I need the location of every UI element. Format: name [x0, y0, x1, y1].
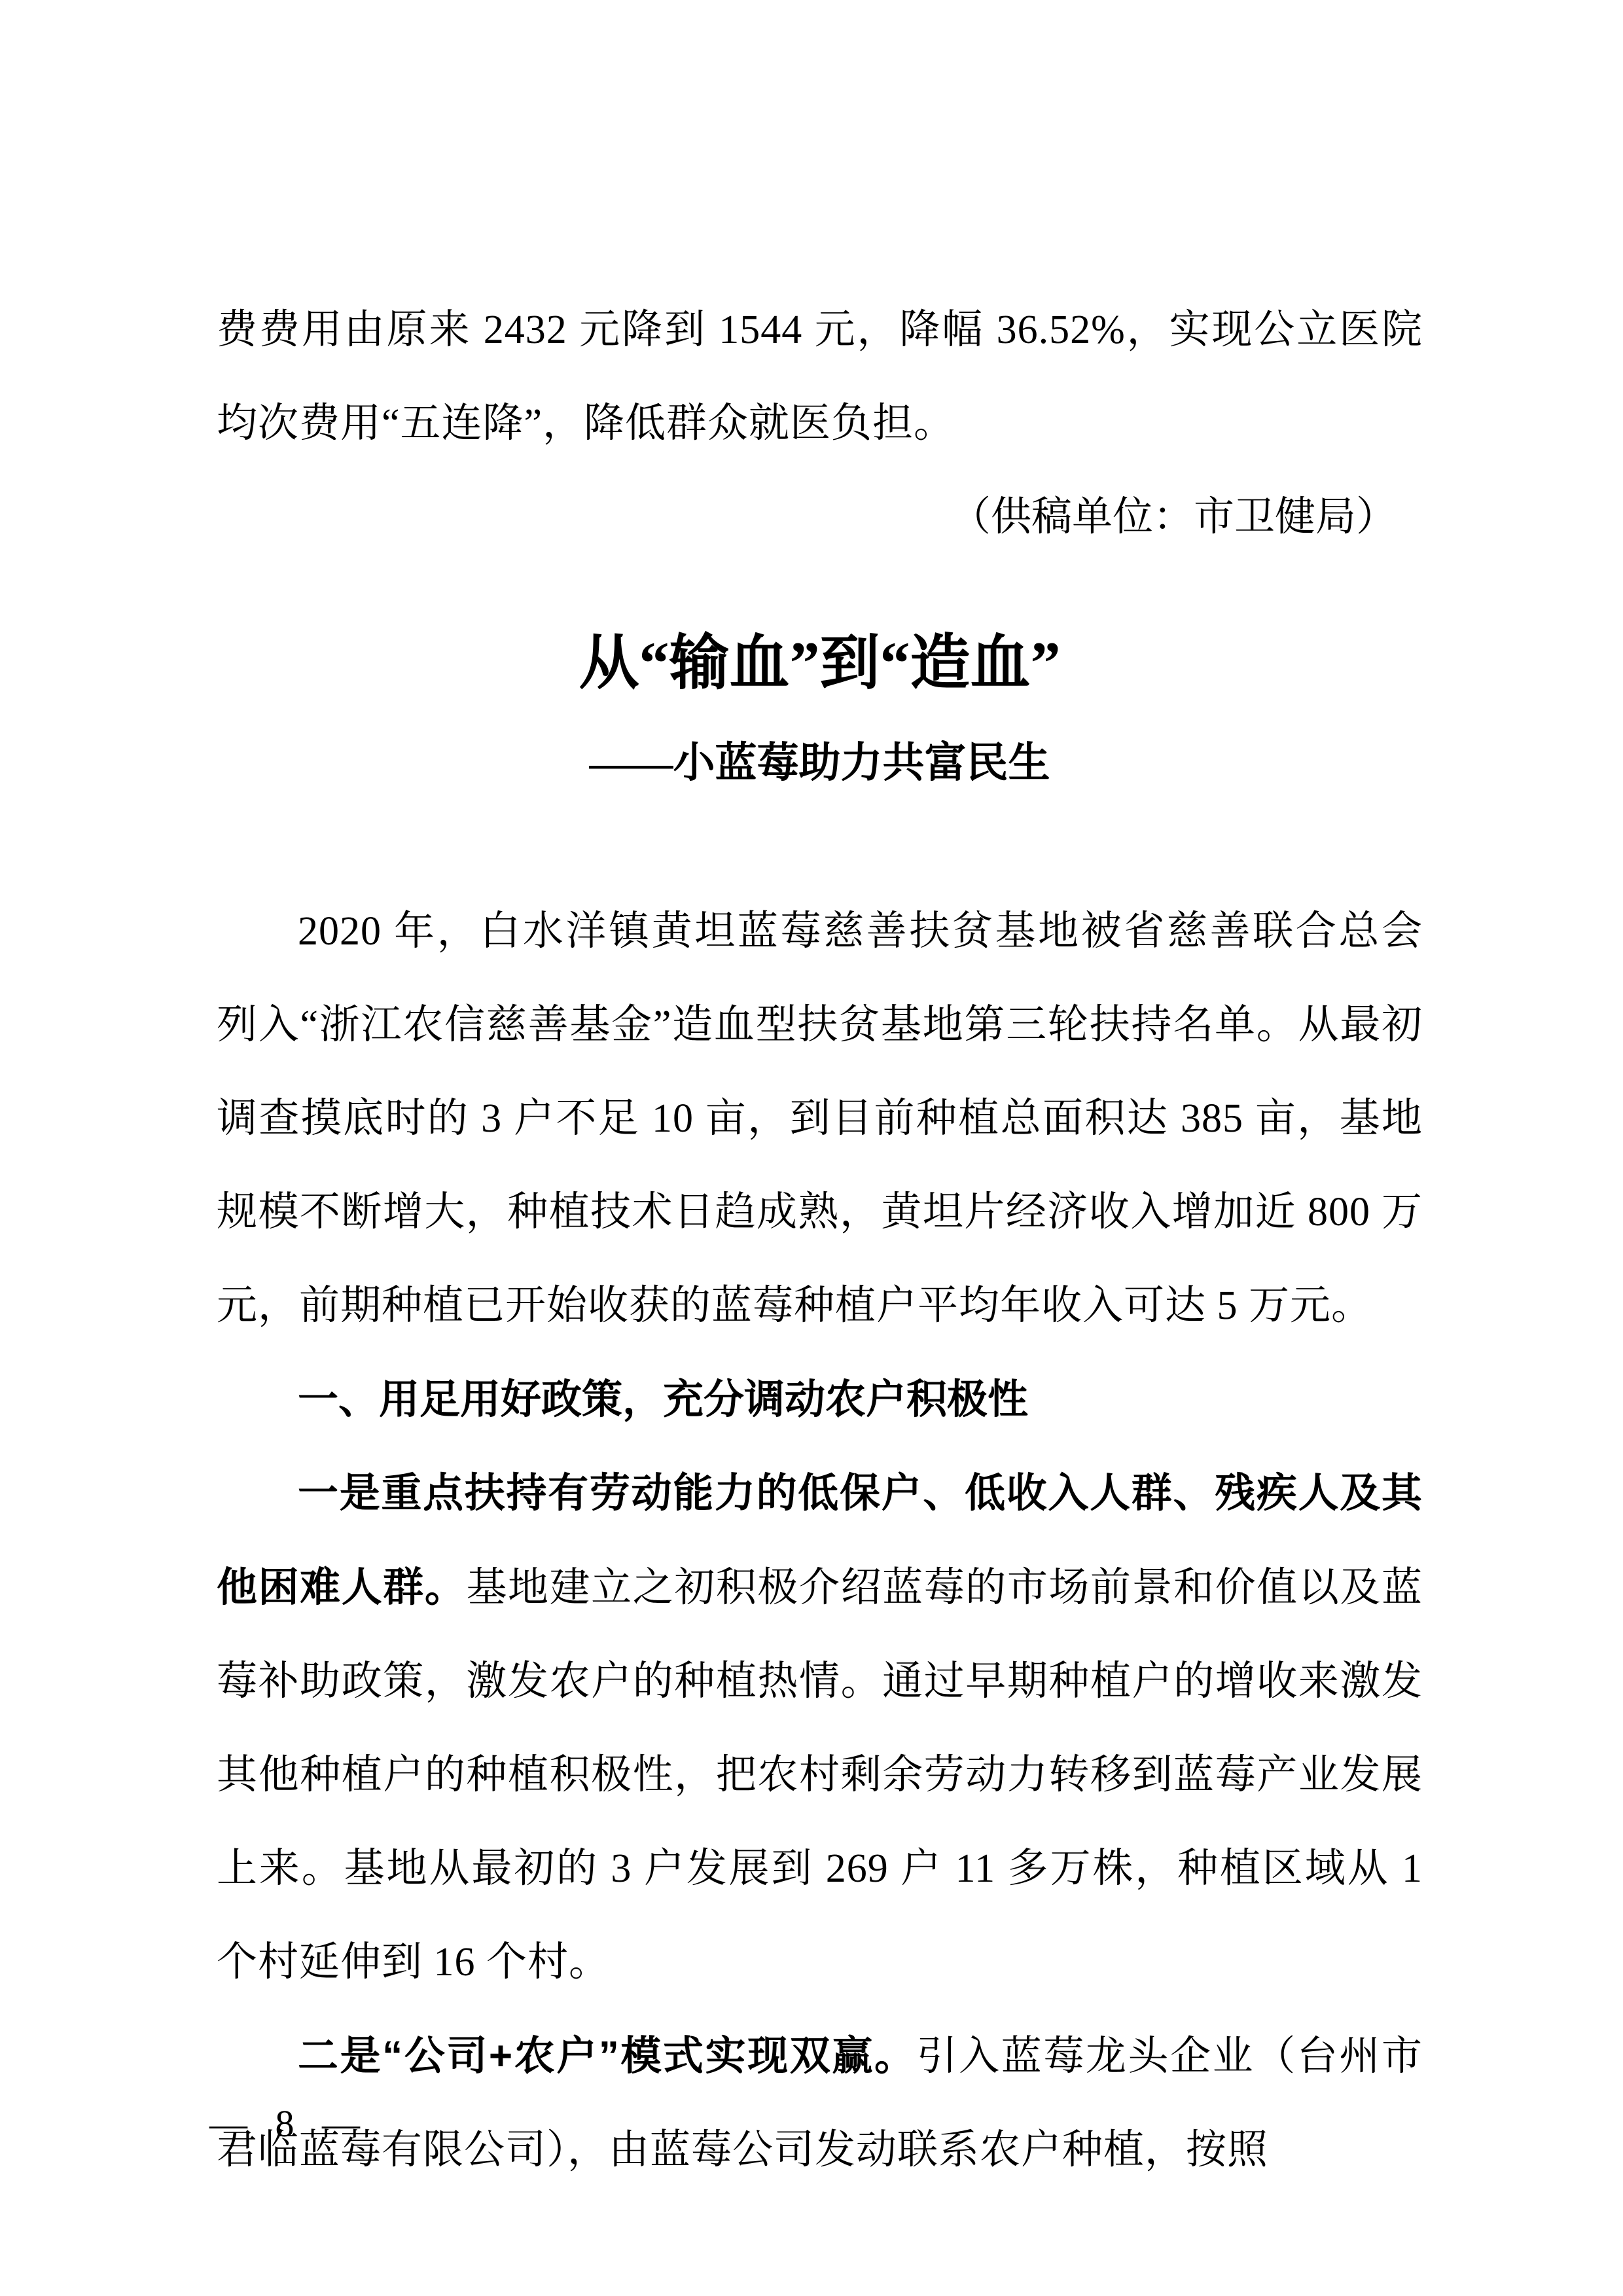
paragraph-one-body: 基地建立之初积极介绍蓝莓的市场前景和价值以及蓝莓补助政策，激发农户的种植热情。通…: [217, 1566, 1423, 1984]
article-title: 从“输血”到“造血”: [217, 627, 1423, 699]
paragraph-two-lead: 二是“公司+农户”模式实现双赢。: [298, 2034, 917, 2079]
paragraph-point-one: 一是重点扶持有劳动能力的低保户、低收入人群、残疾人及其他困难人群。基地建立之初积…: [217, 1446, 1423, 2009]
document-page: 费费用由原来 2432 元降到 1544 元，降幅 36.52%，实现公立医院均…: [0, 0, 1623, 2296]
previous-article-continued-paragraph: 费费用由原来 2432 元降到 1544 元，降幅 36.52%，实现公立医院均…: [217, 283, 1423, 471]
page-number: — 8 —: [209, 2098, 369, 2150]
article-subtitle: ——小蓝莓助力共富民生: [217, 737, 1423, 789]
attribution-line: （供稿单位：市卫健局）: [217, 471, 1423, 564]
paragraph-point-two: 二是“公司+农户”模式实现双赢。引入蓝莓龙头企业（台州市君临蓝莓有限公司），由蓝…: [217, 2009, 1423, 2197]
section-one-heading: 一、用足用好政策，充分调动农户积极性: [217, 1353, 1423, 1446]
intro-paragraph: 2020 年，白水洋镇黄坦蓝莓慈善扶贫基地被省慈善联合总会列入“浙江农信慈善基金…: [217, 885, 1423, 1353]
